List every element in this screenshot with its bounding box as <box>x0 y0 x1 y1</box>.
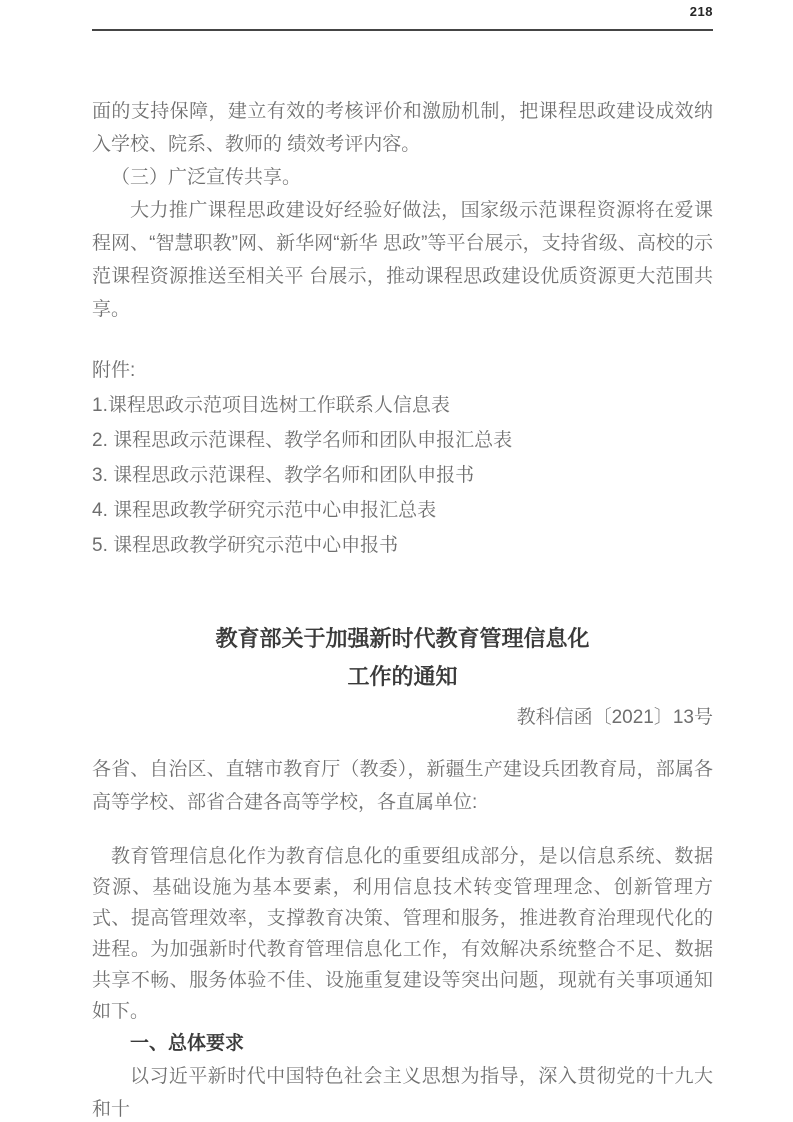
attachment-item-3: 3. 课程思政示范课程、教学名师和团队申报书 <box>92 458 713 493</box>
document-page: 218 面的支持保障，建立有效的考核评价和激励机制，把课程思政建设成效纳入学校、… <box>0 0 793 1122</box>
document-number: 教科信函〔2021〕13号 <box>92 701 713 734</box>
promotion-paragraph: 大力推广课程思政建设好经验好做法，国家级示范课程资源将在爱课程网、“智慧职教”网… <box>92 194 713 326</box>
salutation: 各省、自治区、直辖市教育厅（教委），新疆生产建设兵团教育局，部属各高等学校、部省… <box>92 753 713 819</box>
notice-title-line1: 教育部关于加强新时代教育管理信息化 <box>92 620 713 658</box>
attachments-label: 附件: <box>92 353 713 388</box>
attachment-item-5: 5. 课程思政教学研究示范中心申报书 <box>92 528 713 563</box>
attachment-item-2: 2. 课程思政示范课程、教学名师和团队申报汇总表 <box>92 423 713 458</box>
attachments-list: 附件: 1.课程思政示范项目选树工作联系人信息表 2. 课程思政示范课程、教学名… <box>92 353 713 563</box>
page-number: 218 <box>690 4 713 19</box>
intro-paragraph: 教育管理信息化作为教育信息化的重要组成部分，是以信息系统、数据资源、基础设施为基… <box>92 841 713 1027</box>
notice-title: 教育部关于加强新时代教育管理信息化 工作的通知 <box>92 620 713 696</box>
attachment-item-1: 1.课程思政示范项目选树工作联系人信息表 <box>92 388 713 423</box>
page-header: 218 <box>92 0 713 31</box>
text-column: 218 面的支持保障，建立有效的考核评价和激励机制，把课程思政建设成效纳入学校、… <box>92 0 713 1122</box>
notice-title-line2: 工作的通知 <box>92 658 713 696</box>
subsection-heading: （三）广泛宣传共享。 <box>92 161 713 194</box>
section-one-opening: 以习近平新时代中国特色社会主义思想为指导，深入贯彻党的十九大和十 <box>92 1060 713 1122</box>
section-one-heading: 一、总体要求 <box>92 1027 713 1060</box>
continued-paragraph: 面的支持保障，建立有效的考核评价和激励机制，把课程思政建设成效纳入学校、院系、教… <box>92 95 713 161</box>
attachment-item-4: 4. 课程思政教学研究示范中心申报汇总表 <box>92 493 713 528</box>
